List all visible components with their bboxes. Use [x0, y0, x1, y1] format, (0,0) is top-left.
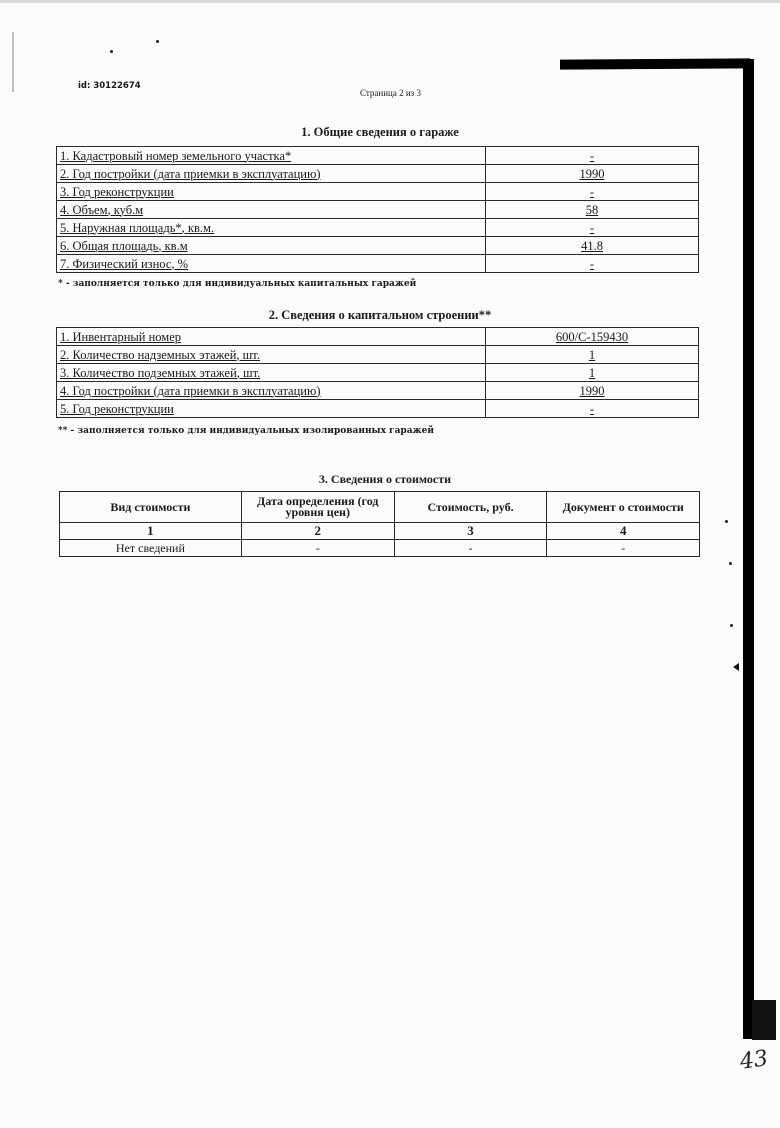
row-value: 1: [486, 364, 699, 382]
row-value: -: [486, 219, 699, 237]
scan-left-edge: [12, 32, 14, 92]
capital-building-table: 1. Инвентарный номер600/С-1594302. Колич…: [56, 327, 699, 418]
table-row: 7. Физический износ, %-: [57, 255, 699, 273]
row-label: 6. Общая площадь, кв.м: [57, 237, 486, 255]
cost-cell: -: [241, 540, 394, 557]
row-value: 1990: [486, 165, 699, 183]
table-row: 1. Кадастровый номер земельного участка*…: [57, 147, 699, 165]
row-label: 1. Инвентарный номер: [57, 328, 486, 346]
section3-title: 3. Сведения о стоимости: [300, 472, 470, 487]
row-label: 3. Количество подземных этажей, шт.: [57, 364, 486, 382]
row-label: 5. Наружная площадь*, кв.м.: [57, 219, 486, 237]
cost-table-header-row: Вид стоимости Дата определения (год уров…: [60, 492, 700, 523]
cost-col-number: 3: [394, 523, 547, 540]
row-label: 4. Год постройки (дата приемки в эксплуа…: [57, 382, 486, 400]
row-value: 58: [486, 201, 699, 219]
cost-header-amount: Стоимость, руб.: [394, 492, 547, 523]
table-row: 4. Объем, куб.м58: [57, 201, 699, 219]
row-label: 4. Объем, куб.м: [57, 201, 486, 219]
section2-title: 2. Сведения о капитальном строении**: [250, 308, 510, 323]
scan-speck: [729, 562, 732, 565]
garage-general-table: 1. Кадастровый номер земельного участка*…: [56, 146, 699, 273]
cost-col-number: 2: [241, 523, 394, 540]
table-row: 3. Количество подземных этажей, шт.1: [57, 364, 699, 382]
scan-top-shade: [0, 0, 780, 3]
cost-table-number-row: 1 2 3 4: [60, 523, 700, 540]
page-number: Страница 2 из 3: [360, 88, 421, 98]
row-value: -: [486, 255, 699, 273]
row-value: 1: [486, 346, 699, 364]
section1-footnote: * - заполняется только для индивидуальны…: [58, 279, 416, 289]
table-row: Нет сведений - - -: [60, 540, 700, 557]
row-label: 5. Год реконструкции: [57, 400, 486, 418]
cost-table: Вид стоимости Дата определения (год уров…: [59, 491, 700, 557]
cost-header-type: Вид стоимости: [60, 492, 242, 523]
scan-speck: [730, 624, 733, 627]
scan-border-top: [560, 58, 750, 69]
table-row: 4. Год постройки (дата приемки в эксплуа…: [57, 382, 699, 400]
table-row: 6. Общая площадь, кв.м41.8: [57, 237, 699, 255]
table-row: 2. Год постройки (дата приемки в эксплуа…: [57, 165, 699, 183]
section2-footnote: ** - заполняется только для индивидуальн…: [58, 426, 434, 436]
cost-cell: -: [394, 540, 547, 557]
row-label: 2. Год постройки (дата приемки в эксплуа…: [57, 165, 486, 183]
cost-cell: Нет сведений: [60, 540, 242, 557]
row-value: 41.8: [486, 237, 699, 255]
row-label: 2. Количество надземных этажей, шт.: [57, 346, 486, 364]
handwritten-page-note: 43: [738, 1046, 769, 1075]
row-value: 1990: [486, 382, 699, 400]
table-row: 1. Инвентарный номер600/С-159430: [57, 328, 699, 346]
row-label: 3. Год реконструкции: [57, 183, 486, 201]
row-label: 7. Физический износ, %: [57, 255, 486, 273]
table-row: 3. Год реконструкции-: [57, 183, 699, 201]
row-value: -: [486, 183, 699, 201]
row-label: 1. Кадастровый номер земельного участка*: [57, 147, 486, 165]
row-value: -: [486, 147, 699, 165]
document-id: id: 30122674: [78, 81, 141, 91]
cost-header-date: Дата определения (год уровня цен): [241, 492, 394, 523]
scan-arrow-mark: [733, 663, 739, 671]
scan-speck: [110, 50, 113, 53]
scan-border-right: [743, 59, 754, 1039]
table-row: 5. Наружная площадь*, кв.м.-: [57, 219, 699, 237]
scan-speck: [725, 520, 728, 523]
section1-title: 1. Общие сведения о гараже: [290, 125, 470, 140]
cost-col-number: 1: [60, 523, 242, 540]
cost-header-document: Документ о стоимости: [547, 492, 700, 523]
table-row: 5. Год реконструкции-: [57, 400, 699, 418]
scan-border-bottom-right: [752, 1000, 776, 1040]
table-row: 2. Количество надземных этажей, шт.1: [57, 346, 699, 364]
cost-col-number: 4: [547, 523, 700, 540]
row-value: -: [486, 400, 699, 418]
scan-speck: [156, 40, 159, 43]
cost-cell: -: [547, 540, 700, 557]
row-value: 600/С-159430: [486, 328, 699, 346]
